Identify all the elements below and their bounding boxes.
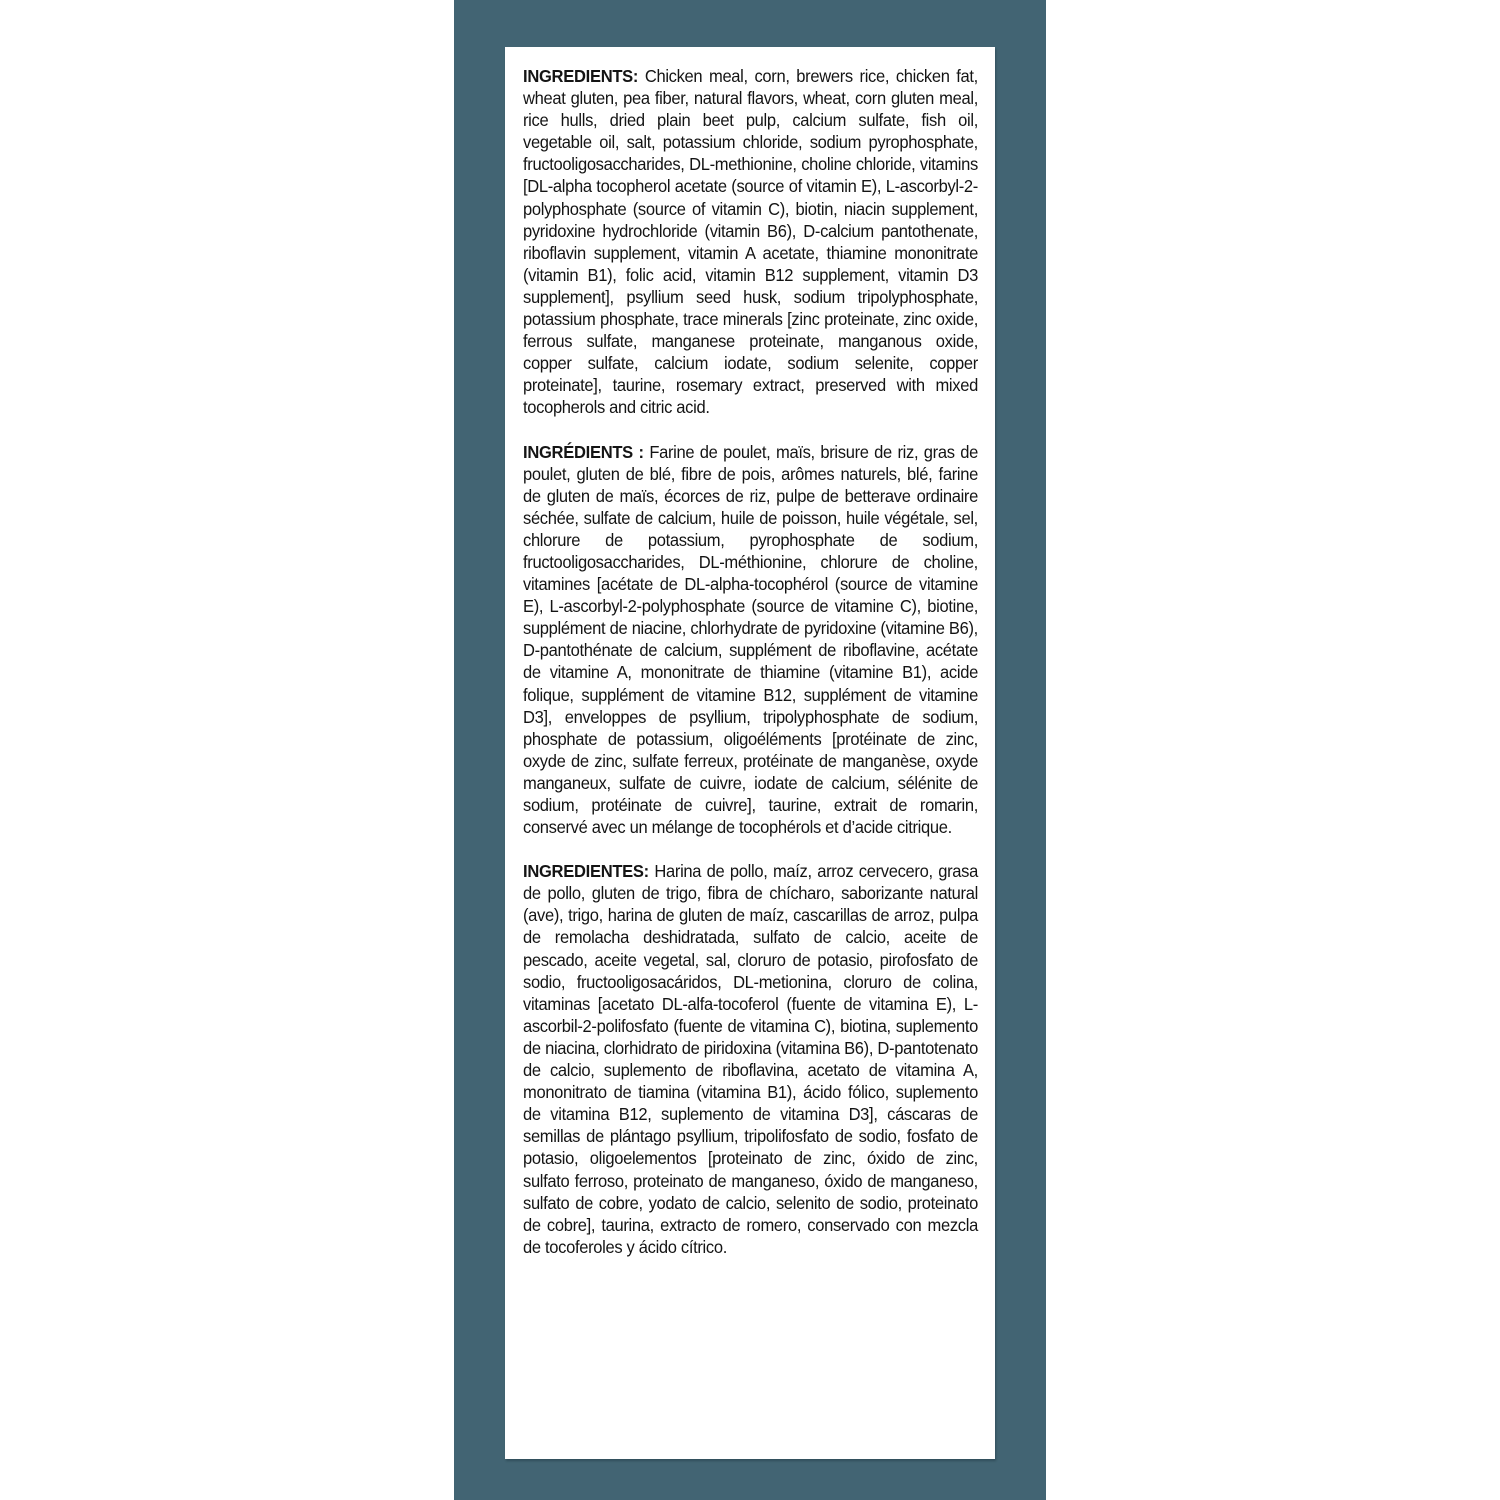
ingredients-english: INGREDIENTS: Chicken meal, corn, brewers…	[523, 65, 978, 419]
background-panel: INGREDIENTS: Chicken meal, corn, brewers…	[454, 0, 1046, 1500]
section-heading-english: INGREDIENTS:	[523, 66, 638, 86]
ingredients-french: INGRÉDIENTS : Farine de poulet, maïs, br…	[523, 441, 978, 839]
ingredients-label-card: INGREDIENTS: Chicken meal, corn, brewers…	[505, 47, 995, 1459]
ingredients-spanish: INGREDIENTES: Harina de pollo, maíz, arr…	[523, 860, 978, 1258]
section-heading-french: INGRÉDIENTS :	[523, 442, 644, 462]
ingredients-text-spanish: Harina de pollo, maíz, arroz cervecero, …	[523, 861, 978, 1257]
ingredients-text-english: Chicken meal, corn, brewers rice, chicke…	[523, 66, 978, 417]
ingredients-text-french: Farine de poulet, maïs, brisure de riz, …	[523, 442, 978, 838]
section-heading-spanish: INGREDIENTES:	[523, 861, 649, 881]
